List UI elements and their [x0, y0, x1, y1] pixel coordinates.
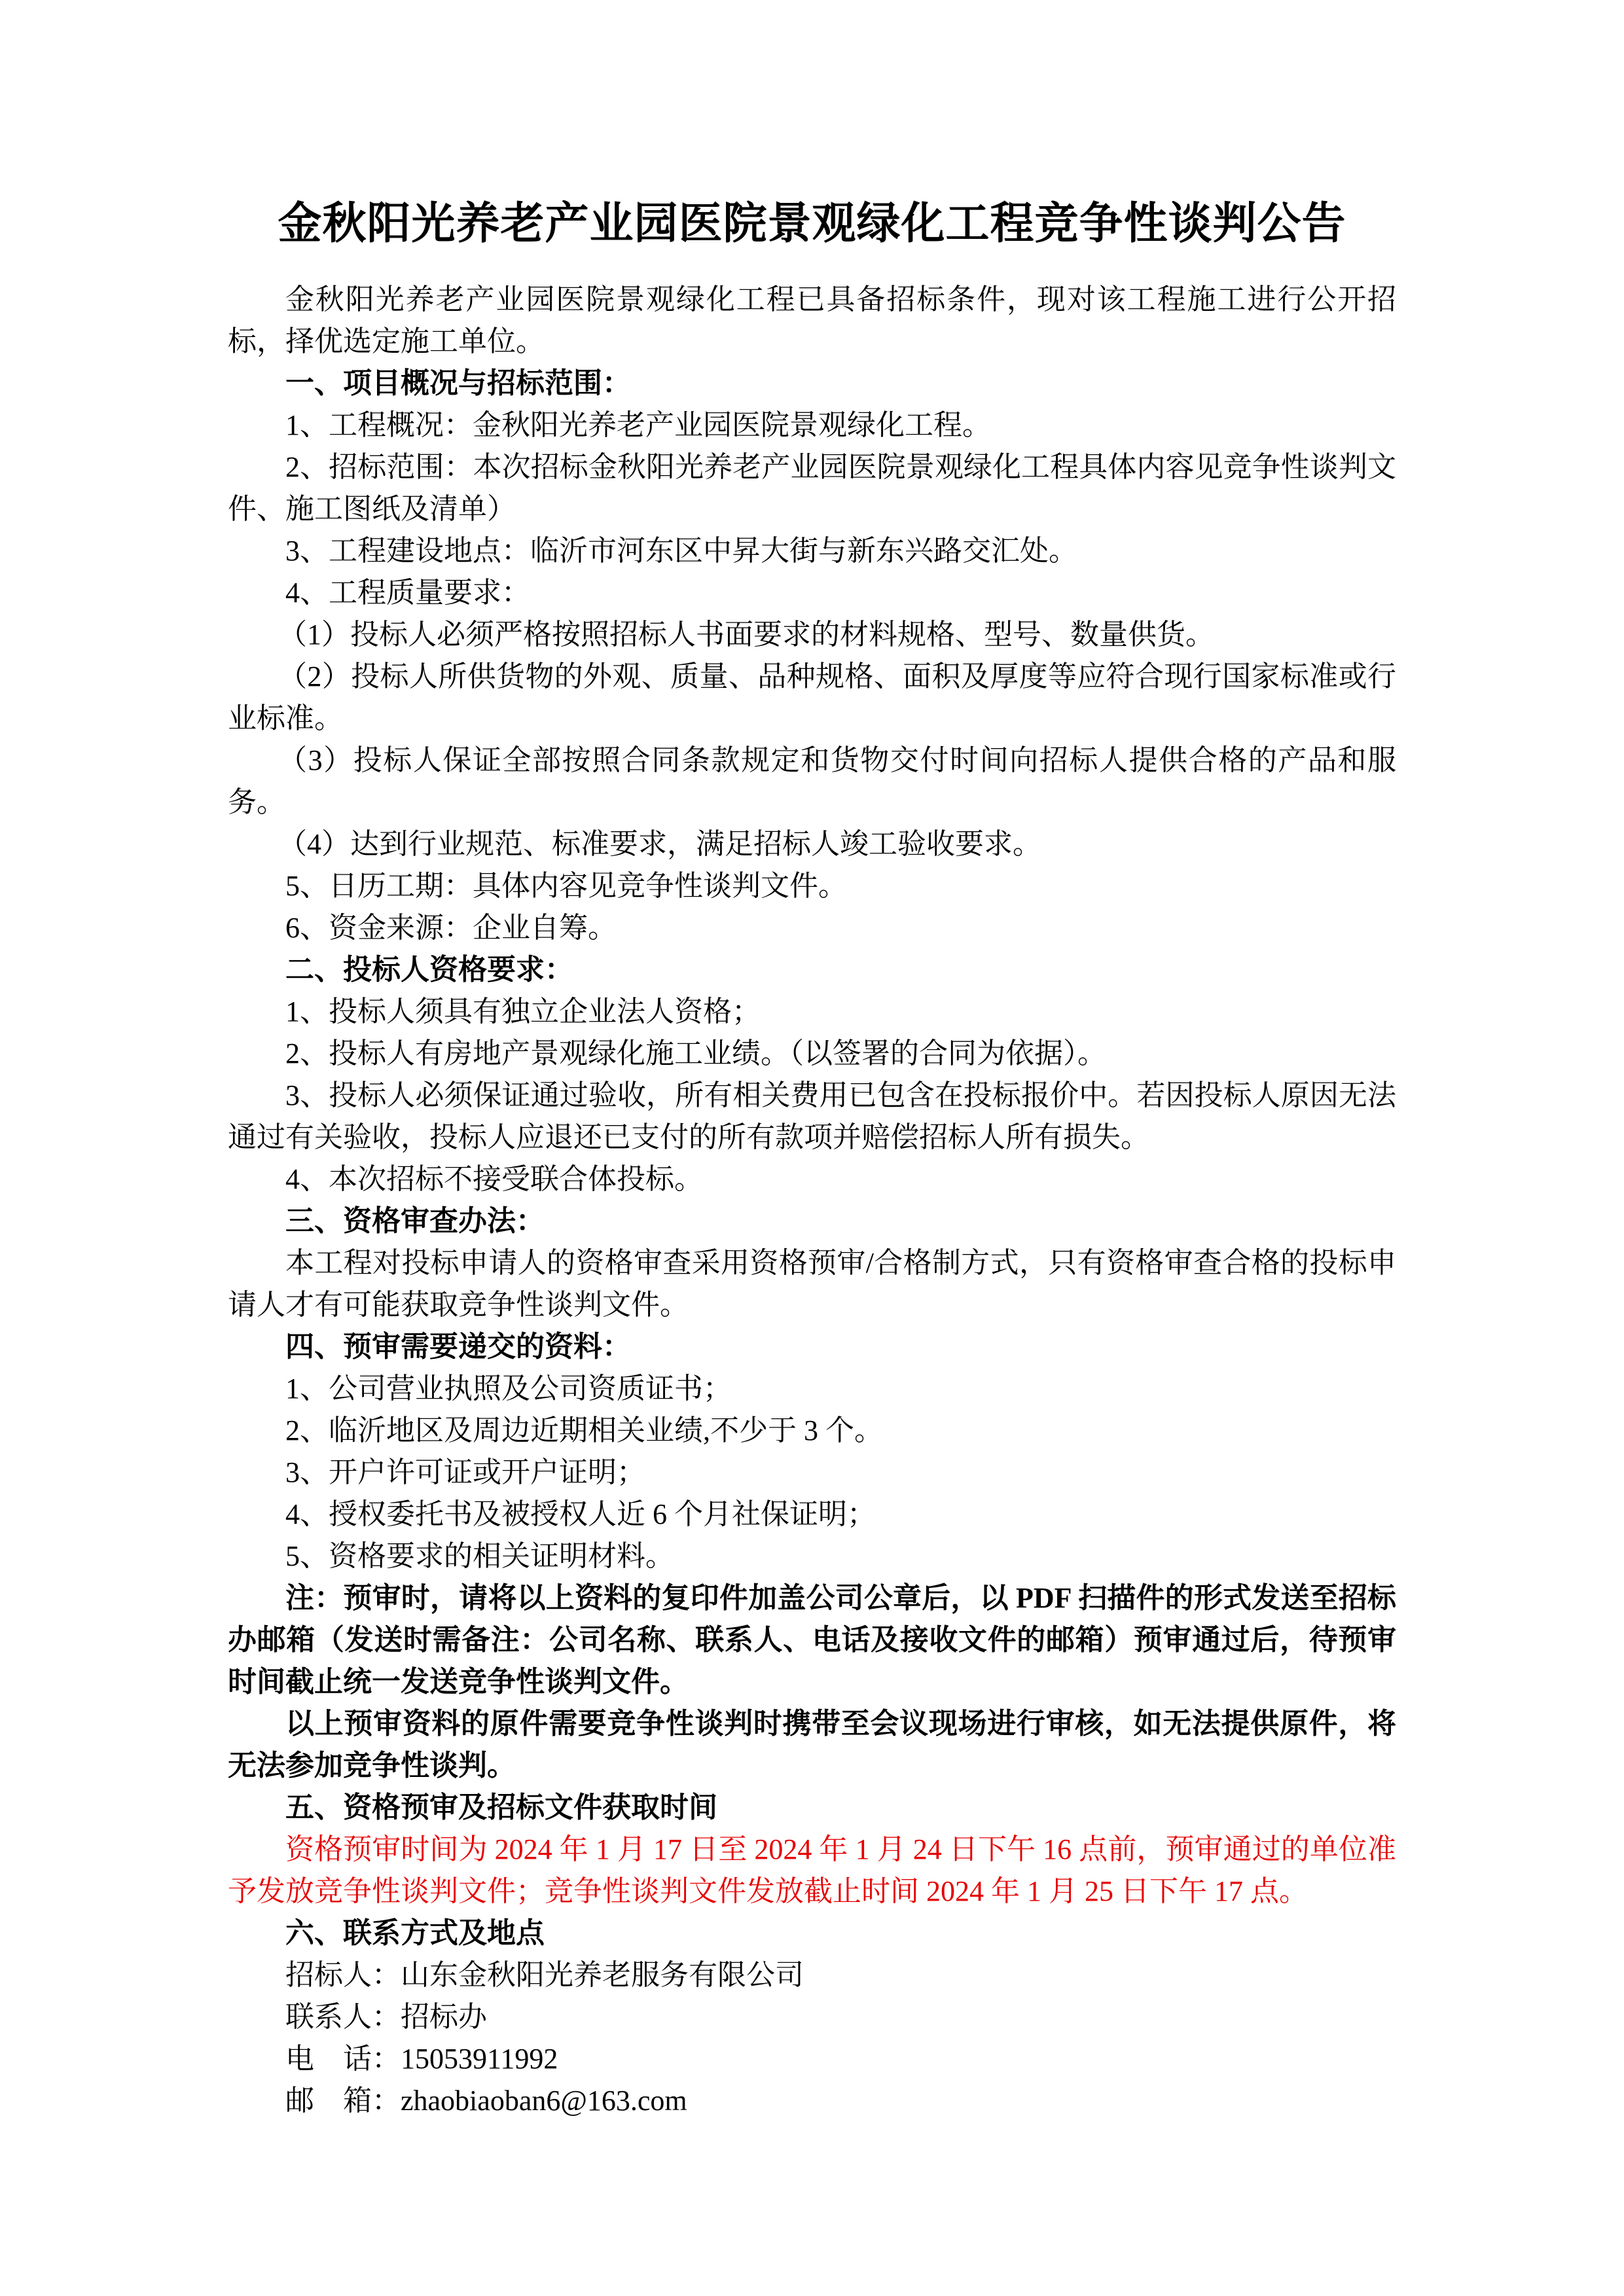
section4-item-bank-permit: 3、开户许可证或开户证明； [228, 1452, 1396, 1494]
section6-heading: 六、联系方式及地点 [228, 1912, 1396, 1954]
section4-note-submission: 注：预审时，请将以上资料的复印件加盖公司公章后，以 PDF 扫描件的形式发送至招… [228, 1577, 1396, 1703]
section1-item-overview: 1、工程概况：金秋阳光养老产业园医院景观绿化工程。 [228, 404, 1396, 446]
contact-bidder-value: 山东金秋阳光养老服务有限公司 [401, 1959, 804, 1991]
section5-deadline-notice: 资格预审时间为 2024 年 1 月 17 日至 2024 年 1 月 24 日… [228, 1829, 1396, 1912]
section1-item-schedule: 5、日历工期：具体内容见竞争性谈判文件。 [228, 865, 1396, 907]
section1-quality-sub2: （2）投标人所供货物的外观、质量、品种规格、面积及厚度等应符合现行国家标准或行业… [228, 656, 1396, 740]
section4-heading: 四、预审需要递交的资料： [228, 1326, 1396, 1368]
contact-person-line: 联系人：招标办 [228, 1996, 1396, 2038]
section4-item-authorization: 4、授权委托书及被授权人近 6 个月社保证明； [228, 1494, 1396, 1535]
contact-bidder-label: 招标人： [285, 1959, 401, 1991]
section2-item-acceptance: 3、投标人必须保证通过验收，所有相关费用已包含在投标报价中。若因投标人原因无法通… [228, 1075, 1396, 1158]
contact-phone-value: 15053911992 [401, 2043, 558, 2075]
section1-quality-sub4: （4）达到行业规范、标准要求，满足招标人竣工验收要求。 [228, 823, 1396, 865]
section4-item-license: 1、公司营业执照及公司资质证书； [228, 1368, 1396, 1410]
section2-item-track-record: 2、投标人有房地产景观绿化施工业绩。（以签署的合同为依据）。 [228, 1033, 1396, 1075]
section1-item-scope: 2、招标范围：本次招标金秋阳光养老产业园医院景观绿化工程具体内容见竞争性谈判文件… [228, 446, 1396, 530]
contact-bidder-line: 招标人：山东金秋阳光养老服务有限公司 [228, 1954, 1396, 1996]
intro-paragraph: 金秋阳光养老产业园医院景观绿化工程已具备招标条件，现对该工程施工进行公开招标，择… [228, 279, 1396, 363]
section2-heading: 二、投标人资格要求： [228, 949, 1396, 991]
section2-item-no-consortium: 4、本次招标不接受联合体投标。 [228, 1158, 1396, 1200]
contact-phone-label: 电 话： [285, 2043, 401, 2075]
section1-item-funding: 6、资金来源：企业自筹。 [228, 907, 1396, 949]
page-title: 金秋阳光养老产业园医院景观绿化工程竞争性谈判公告 [228, 191, 1396, 257]
contact-email-label: 邮 箱： [285, 2085, 401, 2117]
section1-item-location: 3、工程建设地点：临沂市河东区中昇大街与新东兴路交汇处。 [228, 530, 1396, 572]
section1-heading: 一、项目概况与招标范围： [228, 363, 1396, 404]
section1-quality-sub1: （1）投标人必须严格按照招标人书面要求的材料规格、型号、数量供货。 [228, 614, 1396, 656]
section4-item-performance: 2、临沂地区及周边近期相关业绩,不少于 3 个。 [228, 1410, 1396, 1452]
contact-email-value: zhaobiaoban6@163.com [401, 2085, 687, 2117]
section1-item-quality: 4、工程质量要求： [228, 572, 1396, 614]
announcement-page: 金秋阳光养老产业园医院景观绿化工程竞争性谈判公告 金秋阳光养老产业园医院景观绿化… [0, 0, 1624, 2296]
section1-quality-sub3: （3）投标人保证全部按照合同条款规定和货物交付时间向招标人提供合格的产品和服务。 [228, 740, 1396, 823]
contact-email-line: 邮 箱：zhaobiaoban6@163.com [228, 2080, 1396, 2122]
section4-item-other-certs: 5、资格要求的相关证明材料。 [228, 1535, 1396, 1577]
contact-person-label: 联系人： [285, 2001, 401, 2033]
section3-body: 本工程对投标申请人的资格审查采用资格预审/合格制方式，只有资格审查合格的投标申请… [228, 1242, 1396, 1326]
section4-note-originals: 以上预审资料的原件需要竞争性谈判时携带至会议现场进行审核，如无法提供原件，将无法… [228, 1703, 1396, 1787]
section5-heading: 五、资格预审及招标文件获取时间 [228, 1787, 1396, 1829]
section3-heading: 三、资格审查办法： [228, 1200, 1396, 1242]
contact-person-value: 招标办 [401, 2001, 487, 2033]
section2-item-legal-entity: 1、投标人须具有独立企业法人资格； [228, 991, 1396, 1033]
contact-phone-line: 电 话：15053911992 [228, 2038, 1396, 2080]
